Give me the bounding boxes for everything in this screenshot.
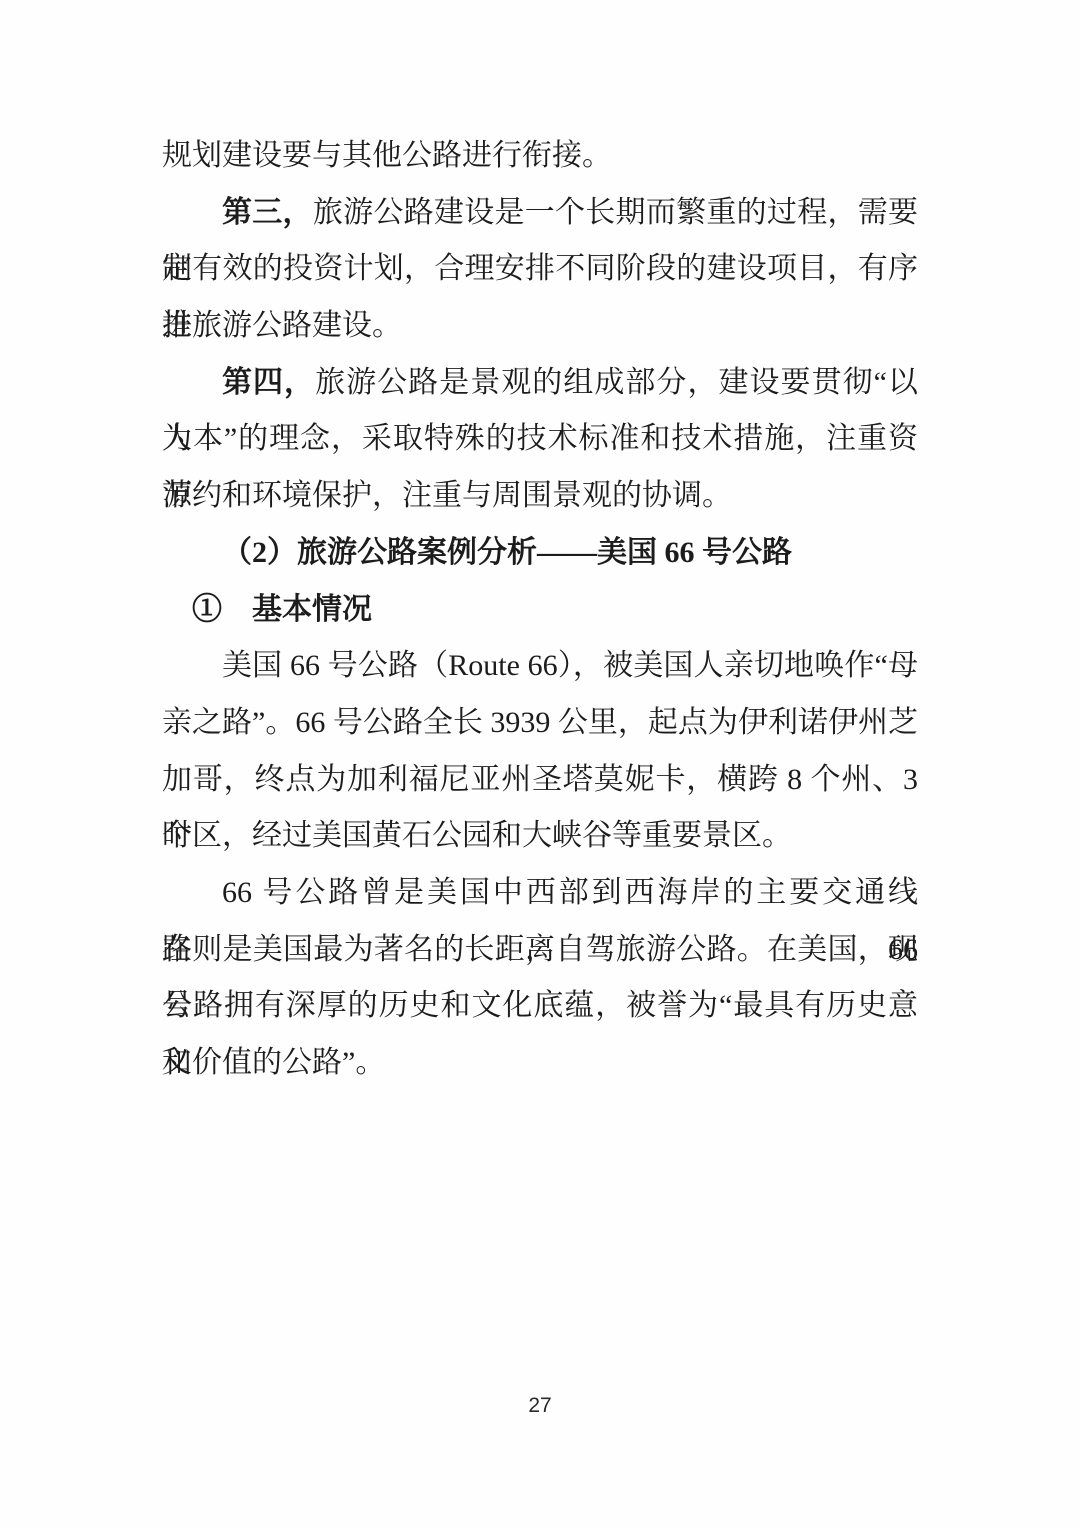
- text-line-17: 和价值的公路”。: [162, 1035, 918, 1092]
- document-body: 规划建设要与其他公路进行衔接。第三，旅游公路建设是一个长期而繁重的过程，需要制定…: [162, 128, 918, 1092]
- document-page: 规划建设要与其他公路进行衔接。第三，旅游公路建设是一个长期而繁重的过程，需要制定…: [0, 0, 1080, 1528]
- body-text-segment: 进旅游公路建设。: [162, 309, 402, 342]
- text-line-15: 在则是美国最为著名的长距离自驾旅游公路。在美国，66 号: [162, 922, 918, 979]
- text-line-10: 美国 66 号公路（Route 66），被美国人亲切地唤作“母: [162, 638, 918, 695]
- text-line-14: 66 号公路曾是美国中西部到西海岸的主要交通线路，现: [162, 865, 918, 922]
- body-text-segment: 时区，经过美国黄石公园和大峡谷等重要景区。: [162, 819, 792, 852]
- body-text-segment: 节约和环境保护，注重与周围景观的协调。: [162, 479, 732, 512]
- body-text-segment: 规划建设要与其他公路进行衔接。: [162, 139, 612, 172]
- text-line-16: 公路拥有深厚的历史和文化底蕴，被誉为“最具有历史意义: [162, 978, 918, 1035]
- text-line-4: 进旅游公路建设。: [162, 298, 918, 355]
- text-line-8: （2）旅游公路案例分析——美国 66 号公路: [162, 525, 918, 582]
- text-line-2: 第三，旅游公路建设是一个长期而繁重的过程，需要制: [162, 185, 918, 242]
- bold-text-segment: （2）旅游公路案例分析——美国 66 号公路: [222, 536, 792, 569]
- text-line-7: 节约和环境保护，注重与周围景观的协调。: [162, 468, 918, 525]
- text-line-13: 时区，经过美国黄石公园和大峡谷等重要景区。: [162, 808, 918, 865]
- bold-text-segment: 第三，: [222, 196, 313, 229]
- bold-text-segment: 第四，: [222, 366, 315, 399]
- text-line-6: 为本”的理念，采取特殊的技术标准和技术措施，注重资源: [162, 411, 918, 468]
- text-line-5: 第四，旅游公路是景观的组成部分，建设要贯彻“以人: [162, 355, 918, 412]
- text-line-3: 定有效的投资计划，合理安排不同阶段的建设项目，有序推: [162, 241, 918, 298]
- body-text-segment: 美国 66 号公路（Route 66），被美国人亲切地唤作“母: [222, 649, 918, 682]
- body-text-segment: 和价值的公路”。: [162, 1046, 385, 1079]
- text-line-12: 加哥，终点为加利福尼亚州圣塔莫妮卡，横跨 8 个州、3 个: [162, 752, 918, 809]
- text-line-1: 规划建设要与其他公路进行衔接。: [162, 128, 918, 185]
- body-text-segment: 亲之路”。66 号公路全长 3939 公里，起点为伊利诺伊州芝: [162, 706, 918, 739]
- text-line-9: ① 基本情况: [162, 582, 918, 639]
- bold-text-segment: ① 基本情况: [192, 593, 372, 626]
- page-number: 27: [0, 1392, 1080, 1420]
- text-line-11: 亲之路”。66 号公路全长 3939 公里，起点为伊利诺伊州芝: [162, 695, 918, 752]
